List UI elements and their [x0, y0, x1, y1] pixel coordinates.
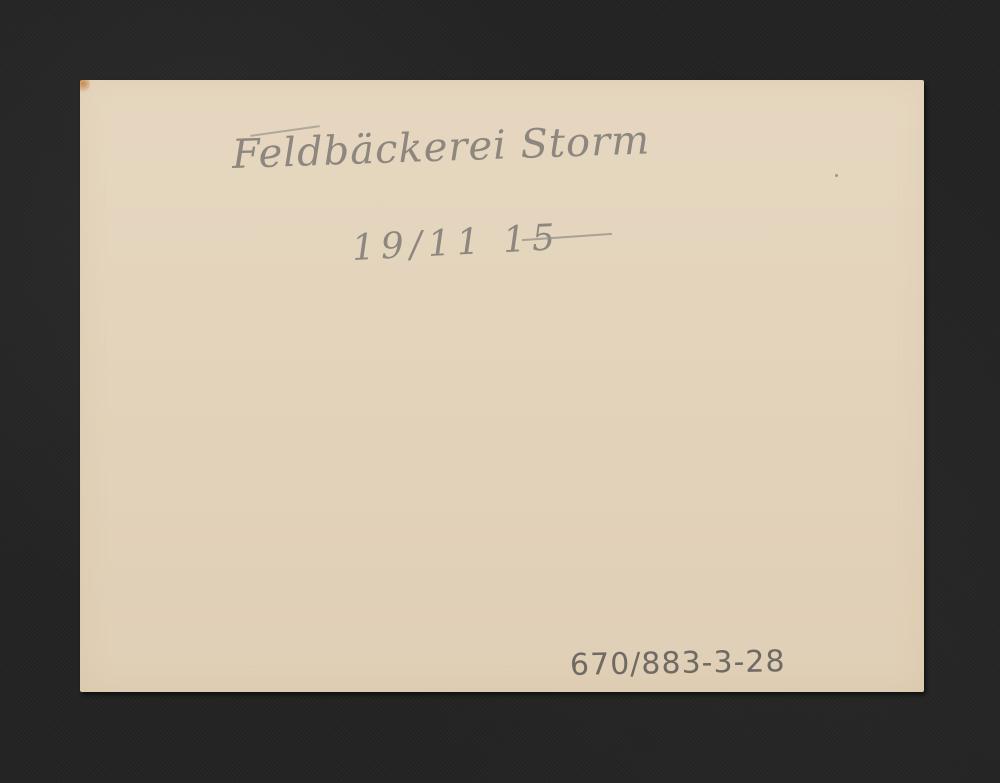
corner-stain [80, 80, 90, 92]
photo-card-back: Feldbäckerei Storm 19/11 15 670/883-3-28 [80, 80, 924, 692]
catalog-number: 670/883-3-28 [570, 644, 786, 683]
pencil-mark [835, 174, 838, 177]
handwritten-date: 19/11 15 [351, 217, 562, 269]
handwritten-title: Feldbäckerei Storm [231, 117, 651, 178]
